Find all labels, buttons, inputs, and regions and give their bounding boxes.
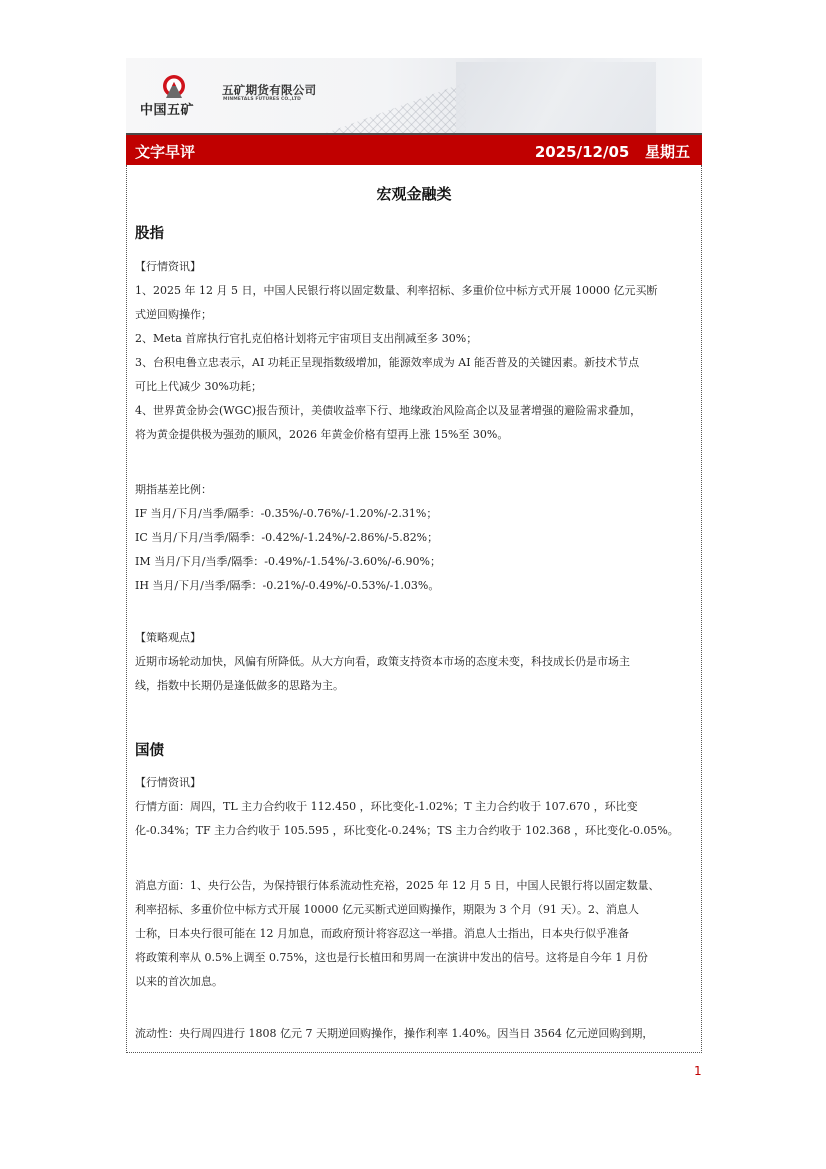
date-value: 2025/12/05 <box>535 143 629 161</box>
news-line: 2、Meta 首席执行官扎克伯格计划将元宇宙项目支出削减至多 30%； <box>135 332 695 346</box>
basis-line-im: IM 当月/下月/当季/隔季：-0.49%/-1.54%/-3.60%/-6.9… <box>135 555 695 569</box>
news-line: 4、世界黄金协会(WGC)报告预计，美债收益率下行、地缘政治风险高企以及显著增强… <box>135 404 695 418</box>
decorative-truss-image <box>326 82 466 133</box>
label-basis-ratio: 期指基差比例： <box>135 483 695 497</box>
page-number: 1 <box>694 1064 702 1078</box>
strategy-line: 近期市场轮动加快，风偏有所降低。从大方向看，政策支持资本市场的态度未变，科技成长… <box>135 655 695 669</box>
report-title-bar: 文字早评 2025/12/05 星期五 <box>126 133 702 165</box>
logo-text: 中国五矿 <box>140 99 194 118</box>
label-market-news: 【行情资讯】 <box>135 260 695 274</box>
basis-line-ic: IC 当月/下月/当季/隔季：-0.42%/-1.24%/-2.86%/-5.8… <box>135 531 695 545</box>
market-line: 行情方面：周四，TL 主力合约收于 112.450 ，环比变化-1.02%；T … <box>135 800 695 814</box>
company-name-en: MINMETALS FUTURES CO.,LTD <box>223 97 301 102</box>
market-line: 化-0.34%；TF 主力合约收于 105.595 ，环比变化-0.24%；TS… <box>135 824 695 838</box>
minmetals-logo-icon <box>162 74 186 98</box>
news-line: 式逆回购操作； <box>135 308 695 322</box>
news-line: 以来的首次加息。 <box>135 975 695 989</box>
news-line: 将为黄金提供极为强劲的顺风，2026 年黄金价格有望再上涨 15%至 30%。 <box>135 428 695 442</box>
heading-treasury: 国债 <box>135 739 164 760</box>
weekday-value: 星期五 <box>645 143 690 161</box>
basis-line-if: IF 当月/下月/当季/隔季：-0.35%/-0.76%/-1.20%/-2.3… <box>135 507 695 521</box>
report-body: 宏观金融类 股指 【行情资讯】 1、2025 年 12 月 5 日，中国人民银行… <box>126 165 702 1053</box>
label-strategy: 【策略观点】 <box>135 631 695 645</box>
news-line: 士称，日本央行很可能在 12 月加息，而政府预计将容忍这一举措。消息人士指出，日… <box>135 927 695 941</box>
basis-line-ih: IH 当月/下月/当季/隔季：-0.21%/-0.49%/-0.53%/-1.0… <box>135 579 695 593</box>
report-title: 文字早评 <box>135 141 195 162</box>
liquidity-line: 流动性：央行周四进行 1808 亿元 7 天期逆回购操作，操作利率 1.40%。… <box>135 1027 695 1041</box>
report-date: 2025/12/05 星期五 <box>535 141 690 162</box>
news-line: 可比上代减少 30%功耗； <box>135 380 695 394</box>
news-line: 将政策利率从 0.5%上调至 0.75%，这也是行长植田和男周一在演讲中发出的信… <box>135 951 695 965</box>
company-name-cn: 五矿期货有限公司 <box>222 82 316 98</box>
header-banner: 中国五矿 五矿期货有限公司 MINMETALS FUTURES CO.,LTD <box>126 58 702 133</box>
news-line: 利率招标、多重价位中标方式开展 10000 亿元买断式逆回购操作，期限为 3 个… <box>135 903 695 917</box>
strategy-line: 线，指数中长期仍是逢低做多的思路为主。 <box>135 679 695 693</box>
news-line: 消息方面：1、央行公告，为保持银行体系流动性充裕，2025 年 12 月 5 日… <box>135 879 695 893</box>
label-market-news: 【行情资讯】 <box>135 776 695 790</box>
heading-stock-index: 股指 <box>135 222 164 243</box>
decorative-building-image <box>456 62 656 133</box>
news-line: 1、2025 年 12 月 5 日，中国人民银行将以固定数量、利率招标、多重价位… <box>135 284 695 298</box>
section-title: 宏观金融类 <box>127 183 701 204</box>
news-line: 3、台积电鲁立忠表示，AI 功耗正呈现指数级增加，能源效率成为 AI 能否普及的… <box>135 356 695 370</box>
